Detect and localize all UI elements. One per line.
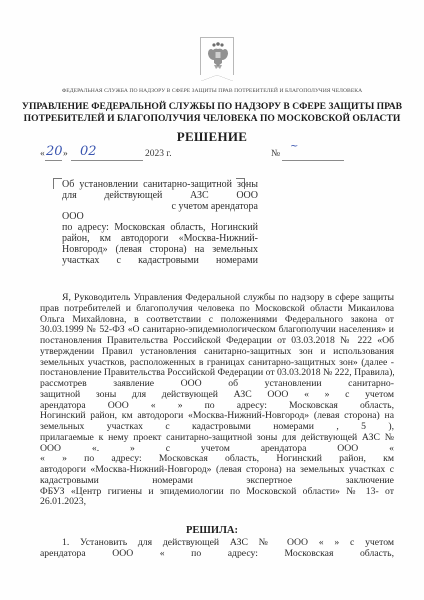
day-underline (45, 160, 62, 161)
body-line: защитной зоны для действующей АЗС ООО « … (40, 390, 394, 401)
document-title: РЕШЕНИЕ (0, 129, 424, 145)
handwritten-number: ~ (290, 141, 298, 152)
number-underline (282, 160, 344, 161)
subject-line: для действующей АЗС ООО (62, 191, 258, 202)
body-line: постановления Правительства Российской Ф… (40, 336, 394, 347)
body-line: земельных участков, расположенных в гран… (40, 358, 394, 369)
subject-line: Новгород» (левая сторона) на земельных (62, 245, 258, 256)
body-line: рассмотрев заявление ООО об установлении… (40, 379, 394, 390)
body-line: прав потребителей и благополучия человек… (40, 304, 394, 315)
handwritten-day: 20 (46, 144, 63, 159)
body-line: « » по адресу: Московская область, Ногин… (40, 454, 394, 465)
handwritten-month: 02 (80, 144, 97, 159)
number-label: № (271, 149, 280, 159)
body-line: Ногинский район, км автодороги «Москва-Н… (40, 411, 394, 422)
subject-line: участках с кадастровыми номерами (62, 256, 258, 267)
year-text: 2023 г. (145, 149, 172, 159)
subject-bracket-left (53, 178, 62, 189)
agency-regional-name: УПРАВЛЕНИЕ ФЕДЕРАЛЬНОЙ СЛУЖБЫ ПО НАДЗОРУ… (0, 101, 424, 124)
body-line: утверждении Правил установления санитарн… (40, 347, 394, 358)
body-line: 30.03.1999 № 52-ФЗ «О санитарно-эпидемио… (40, 325, 394, 336)
decision-block: 1. Установить для действующей АЗС № ООО … (40, 538, 394, 560)
decision-line: арендатора ООО « по адресу: Московская о… (40, 549, 394, 560)
body-line: автодороги «Москва-Нижний-Новгород» (лев… (40, 465, 394, 476)
month-underline (71, 160, 143, 161)
body-line: прилагаемые к нему проект санитарно-защи… (40, 433, 394, 444)
subject-block: Об установлении санитарно-защитной зоны … (62, 180, 258, 266)
body-line: Ольга Михайловна, в соответствии с полож… (40, 315, 394, 326)
document-page: ФЕДЕРАЛЬНАЯ СЛУЖБА ПО НАДЗОРУ В СФЕРЕ ЗА… (0, 0, 424, 600)
body-line: постановление Правительства Российской Ф… (40, 368, 394, 379)
body-line: земельных участках с кадастровыми номера… (40, 422, 394, 433)
body-line: 26.01.2023, (40, 497, 394, 508)
agency-regional-name-line-1: УПРАВЛЕНИЕ ФЕДЕРАЛЬНОЙ СЛУЖБЫ ПО НАДЗОРУ… (0, 101, 424, 113)
agency-regional-name-line-2: ПОТРЕБИТЕЛЕЙ И БЛАГОПОЛУЧИЯ ЧЕЛОВЕКА ПО … (0, 113, 424, 125)
body-line: арендатора ООО « » по адресу: Московская… (40, 401, 394, 412)
body-line: ФБУЗ «Центр гигиены и эпидемиологии по М… (40, 487, 394, 498)
quote-close: » (63, 149, 68, 159)
decision-heading: РЕШИЛА: (0, 525, 424, 536)
body-line: ООО «. » с учетом арендатора ООО « (40, 444, 394, 455)
date-number-row: « 20 » 02 2023 г. № ~ (40, 147, 400, 163)
coat-of-arms-emblem-icon (200, 37, 234, 75)
body-paragraph: Я, Руководитель Управления Федеральной с… (40, 293, 394, 508)
agency-federal-name: ФЕДЕРАЛЬНАЯ СЛУЖБА ПО НАДЗОРУ В СФЕРЕ ЗА… (0, 88, 424, 94)
subject-line: с учетом арендатора (62, 202, 258, 213)
body-line: кадастровыми номерами экспертное заключе… (40, 476, 394, 487)
body-line: Я, Руководитель Управления Федеральной с… (40, 293, 394, 304)
quote-open: « (40, 149, 45, 159)
